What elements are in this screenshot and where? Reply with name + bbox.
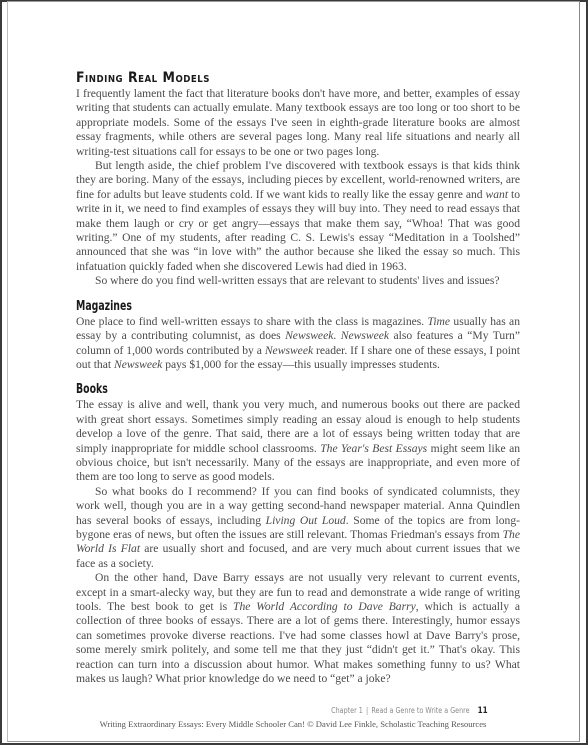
subheading-magazines: Magazines — [76, 299, 396, 315]
paragraph: But length aside, the chief problem I've… — [76, 159, 520, 274]
paragraph: One place to find well-written essays to… — [76, 315, 520, 373]
paragraph: So where do you find well-written essays… — [76, 274, 520, 288]
paragraph: So what books do I recommend? If you can… — [76, 485, 520, 571]
paragraph: On the other hand, Dave Barry essays are… — [76, 571, 520, 686]
paragraph: I frequently lament the fact that litera… — [76, 87, 520, 159]
running-footer: Chapter 1|Read a Genre to Write a Genre1… — [331, 706, 488, 716]
document-body: Finding Real Models I frequently lament … — [76, 70, 520, 686]
chapter-title: Read a Genre to Write a Genre — [372, 706, 470, 715]
copyright-credit: Writing Extraordinary Essays: Every Midd… — [78, 719, 508, 729]
chapter-label: Chapter 1 — [331, 706, 363, 715]
paragraph: The essay is alive and well, thank you v… — [76, 398, 520, 484]
subheading-books: Books — [76, 382, 396, 398]
section-title: Finding Real Models — [76, 70, 458, 87]
page-number: 11 — [478, 706, 488, 716]
